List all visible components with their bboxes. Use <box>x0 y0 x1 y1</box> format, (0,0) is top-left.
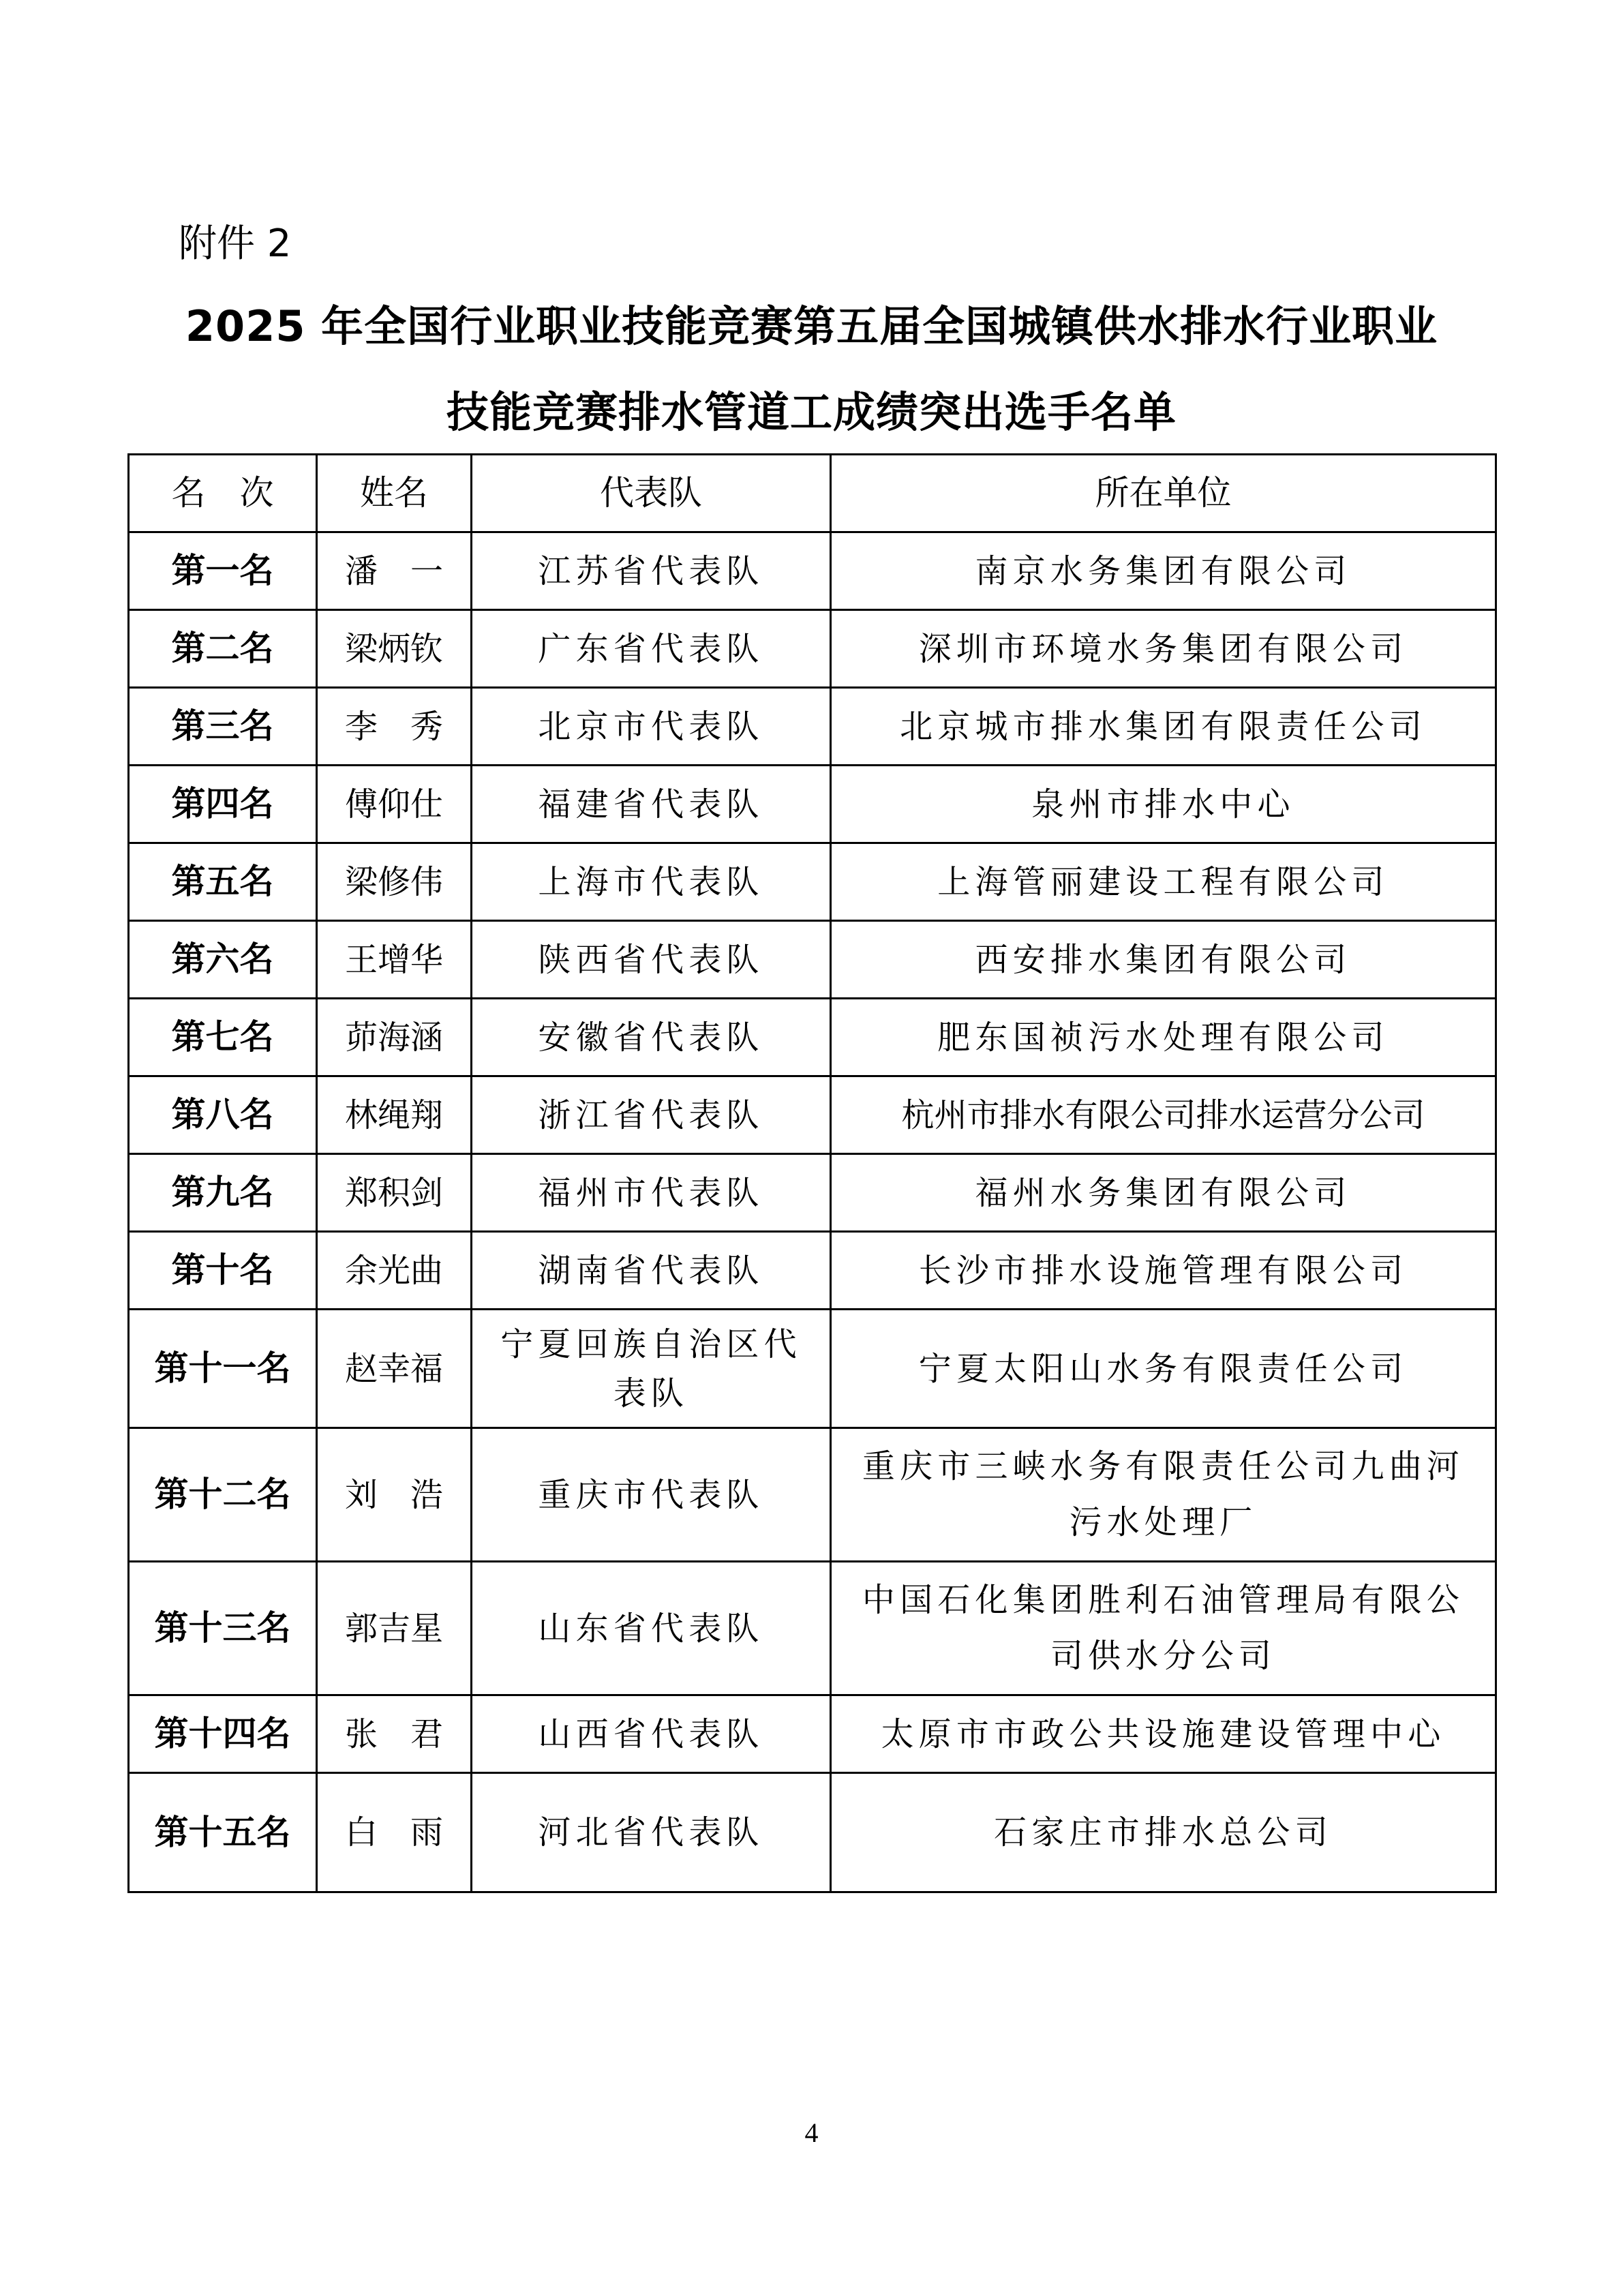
team-cell: 宁夏回族自治区代 表队 <box>472 1310 831 1428</box>
unit-cell: 石家庄市排水总公司 <box>831 1773 1496 1892</box>
unit-cell: 宁夏太阳山水务有限责任公司 <box>831 1310 1496 1428</box>
team-cell: 湖南省代表队 <box>472 1232 831 1310</box>
rank-cell: 第十四名 <box>129 1695 317 1773</box>
name-cell: 张 君 <box>317 1695 472 1773</box>
rank-cell: 第十三名 <box>129 1562 317 1695</box>
table-header-row: 名 次 姓名 代表队 所在单位 <box>129 455 1496 532</box>
unit-cell: 长沙市排水设施管理有限公司 <box>831 1232 1496 1310</box>
name-cell: 茆海涵 <box>317 999 472 1076</box>
rank-cell: 第九名 <box>129 1154 317 1232</box>
unit-cell-line-2: 污水处理厂 <box>1069 1495 1257 1551</box>
header-name: 姓名 <box>317 455 472 532</box>
name-cell: 潘 一 <box>317 532 472 610</box>
team-cell: 山西省代表队 <box>472 1695 831 1773</box>
unit-cell-line-1: 中国石化集团胜利石油管理局有限公 <box>862 1573 1464 1629</box>
unit-cell: 上海管丽建设工程有限公司 <box>831 843 1496 921</box>
document-title-line-1: 2025 年全国行业职业技能竞赛第五届全国城镇供水排水行业职业 <box>0 305 1623 348</box>
table-row: 第一名 潘 一 江苏省代表队 南京水务集团有限公司 <box>129 532 1496 610</box>
page-number: 4 <box>0 2117 1623 2149</box>
rank-cell: 第十一名 <box>129 1310 317 1428</box>
rank-cell: 第八名 <box>129 1076 317 1154</box>
table-row: 第十四名 张 君 山西省代表队 太原市市政公共设施建设管理中心 <box>129 1695 1496 1773</box>
name-cell: 梁炳钦 <box>317 610 472 688</box>
team-cell: 江苏省代表队 <box>472 532 831 610</box>
table-row: 第七名 茆海涵 安徽省代表队 肥东国祯污水处理有限公司 <box>129 999 1496 1076</box>
name-cell: 余光曲 <box>317 1232 472 1310</box>
rank-cell: 第六名 <box>129 921 317 999</box>
name-cell: 傅仰仕 <box>317 766 472 843</box>
team-cell: 上海市代表队 <box>472 843 831 921</box>
name-cell: 白 雨 <box>317 1773 472 1892</box>
rank-cell: 第七名 <box>129 999 317 1076</box>
unit-cell: 太原市市政公共设施建设管理中心 <box>831 1695 1496 1773</box>
team-cell: 浙江省代表队 <box>472 1076 831 1154</box>
rank-cell: 第二名 <box>129 610 317 688</box>
unit-cell: 中国石化集团胜利石油管理局有限公 司供水分公司 <box>831 1562 1496 1695</box>
team-cell: 福州市代表队 <box>472 1154 831 1232</box>
attachment-label: 附件 2 <box>179 225 291 263</box>
name-cell: 郑积剑 <box>317 1154 472 1232</box>
document-title-line-2: 技能竞赛排水管道工成绩突出选手名单 <box>0 391 1623 434</box>
name-cell: 王增华 <box>317 921 472 999</box>
table-row: 第八名 林绳翔 浙江省代表队 杭州市排水有限公司排水运营分公司 <box>129 1076 1496 1154</box>
unit-cell: 深圳市环境水务集团有限公司 <box>831 610 1496 688</box>
rank-cell: 第五名 <box>129 843 317 921</box>
team-cell: 山东省代表队 <box>472 1562 831 1695</box>
rank-cell: 第十二名 <box>129 1428 317 1562</box>
rank-cell: 第十名 <box>129 1232 317 1310</box>
team-cell: 河北省代表队 <box>472 1773 831 1892</box>
unit-cell: 福州水务集团有限公司 <box>831 1154 1496 1232</box>
unit-cell: 泉州市排水中心 <box>831 766 1496 843</box>
header-team: 代表队 <box>472 455 831 532</box>
table-row: 第三名 李 秀 北京市代表队 北京城市排水集团有限责任公司 <box>129 688 1496 766</box>
table-row: 第十三名 郭吉星 山东省代表队 中国石化集团胜利石油管理局有限公 司供水分公司 <box>129 1562 1496 1695</box>
header-rank: 名 次 <box>129 455 317 532</box>
rank-cell: 第一名 <box>129 532 317 610</box>
unit-cell: 杭州市排水有限公司排水运营分公司 <box>831 1076 1496 1154</box>
table-row: 第十名 余光曲 湖南省代表队 长沙市排水设施管理有限公司 <box>129 1232 1496 1310</box>
team-cell-line-2: 表队 <box>613 1369 688 1418</box>
team-cell: 陕西省代表队 <box>472 921 831 999</box>
table-row: 第五名 梁修伟 上海市代表队 上海管丽建设工程有限公司 <box>129 843 1496 921</box>
unit-cell-line-2: 司供水分公司 <box>1050 1629 1276 1685</box>
name-cell: 梁修伟 <box>317 843 472 921</box>
table-row: 第十五名 白 雨 河北省代表队 石家庄市排水总公司 <box>129 1773 1496 1892</box>
table-row: 第九名 郑积剑 福州市代表队 福州水务集团有限公司 <box>129 1154 1496 1232</box>
unit-cell: 南京水务集团有限公司 <box>831 532 1496 610</box>
unit-cell: 重庆市三峡水务有限责任公司九曲河 污水处理厂 <box>831 1428 1496 1562</box>
table-row: 第四名 傅仰仕 福建省代表队 泉州市排水中心 <box>129 766 1496 843</box>
header-unit: 所在单位 <box>831 455 1496 532</box>
name-cell: 刘 浩 <box>317 1428 472 1562</box>
unit-cell: 北京城市排水集团有限责任公司 <box>831 688 1496 766</box>
table-row: 第二名 梁炳钦 广东省代表队 深圳市环境水务集团有限公司 <box>129 610 1496 688</box>
rank-cell: 第四名 <box>129 766 317 843</box>
name-cell: 赵幸福 <box>317 1310 472 1428</box>
team-cell: 重庆市代表队 <box>472 1428 831 1562</box>
team-cell: 北京市代表队 <box>472 688 831 766</box>
unit-cell: 西安排水集团有限公司 <box>831 921 1496 999</box>
table-row: 第十一名 赵幸福 宁夏回族自治区代 表队 宁夏太阳山水务有限责任公司 <box>129 1310 1496 1428</box>
team-cell: 安徽省代表队 <box>472 999 831 1076</box>
unit-cell: 肥东国祯污水处理有限公司 <box>831 999 1496 1076</box>
team-cell: 广东省代表队 <box>472 610 831 688</box>
name-cell: 林绳翔 <box>317 1076 472 1154</box>
name-cell: 李 秀 <box>317 688 472 766</box>
rank-cell: 第十五名 <box>129 1773 317 1892</box>
team-cell-line-1: 宁夏回族自治区代 <box>500 1320 802 1369</box>
outstanding-contestants-table: 名 次 姓名 代表队 所在单位 第一名 潘 一 江苏省代表队 南京水务集团有限公… <box>127 453 1497 1893</box>
team-cell: 福建省代表队 <box>472 766 831 843</box>
name-cell: 郭吉星 <box>317 1562 472 1695</box>
rank-cell: 第三名 <box>129 688 317 766</box>
table-row: 第十二名 刘 浩 重庆市代表队 重庆市三峡水务有限责任公司九曲河 污水处理厂 <box>129 1428 1496 1562</box>
unit-cell-line-1: 重庆市三峡水务有限责任公司九曲河 <box>862 1439 1464 1495</box>
table-row: 第六名 王增华 陕西省代表队 西安排水集团有限公司 <box>129 921 1496 999</box>
